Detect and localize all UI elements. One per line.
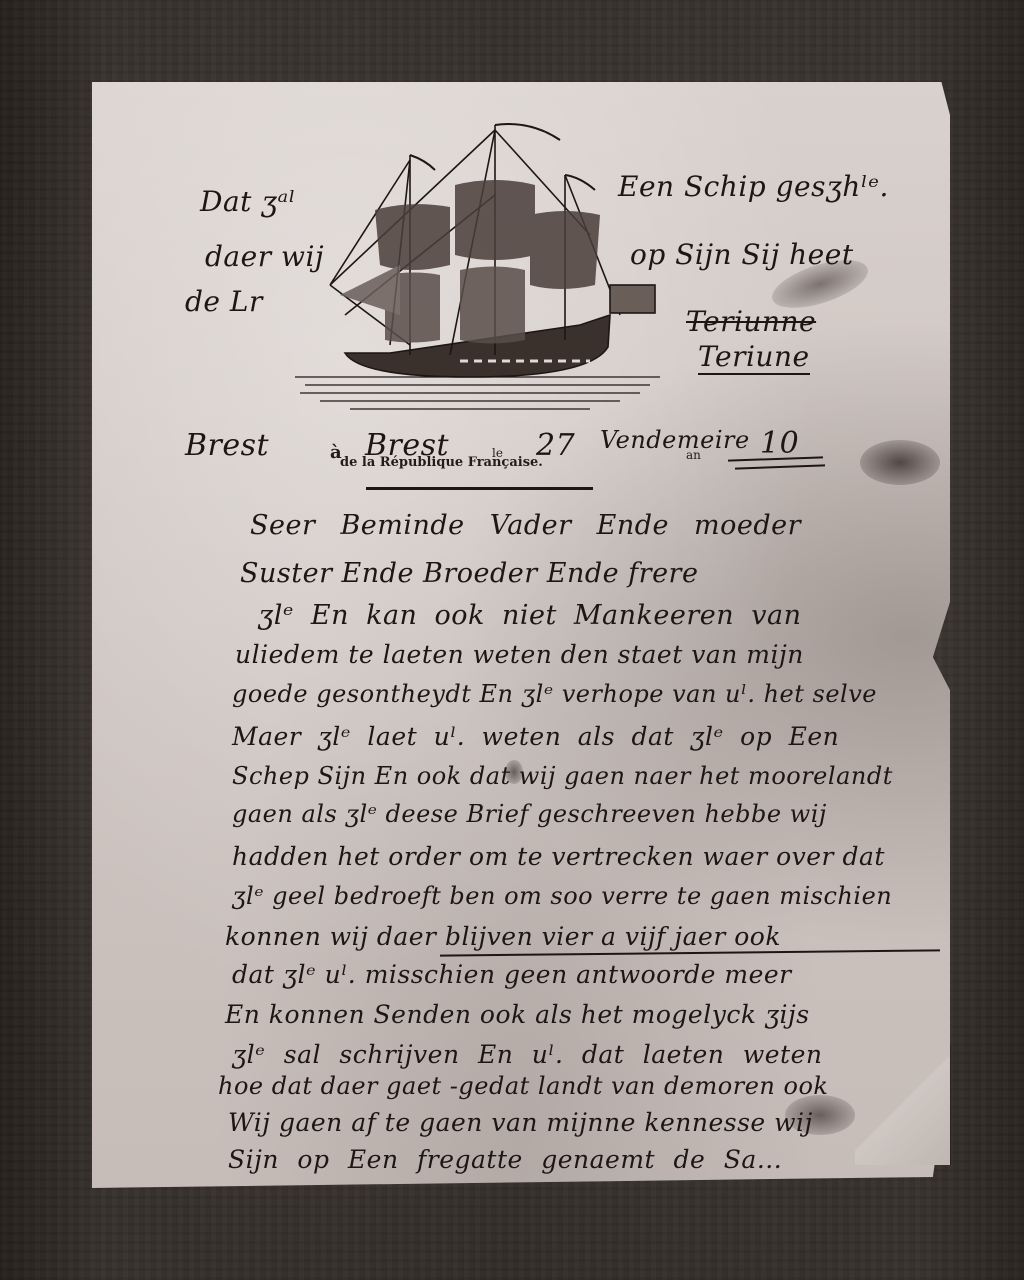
body-line-9: hadden het order om te vertrecken waer o… [232, 842, 885, 871]
body-line-8: gaen als ʒlᵉ deese Brief geschreeven heb… [232, 800, 827, 828]
margin-note-left-2: daer wij [205, 240, 324, 273]
body-line-2: Suster Ende Broeder Ende frere [240, 558, 698, 589]
margin-note-left-3: de Lr [185, 285, 263, 318]
body-line-11: konnen wij daer blijven vier a vijf jaer… [225, 922, 781, 951]
ink-stain-right-edge [860, 440, 940, 485]
body-line-3: ʒlᵉ En kan ook niet Mankeeren van [258, 600, 801, 631]
body-line-5: goede gesontheydt En ʒlᵉ verhope van uˡ.… [232, 680, 877, 708]
margin-note-left-1: Dat ʒᵃˡ [200, 185, 296, 218]
body-line-16: Wij gaen af te gaen van mijnne kennesse … [228, 1108, 813, 1137]
margin-note-right-2: op Sijn Sij heet [630, 238, 854, 271]
body-line-7: Schep Sijn En ook dat wij gaen naer het … [232, 762, 893, 790]
date-year: 10 [760, 426, 799, 461]
printed-republic: de la République Française. [340, 455, 543, 470]
body-line-17: Sijn op Een fregatte genaemt de Sa... [228, 1145, 782, 1174]
place-handwritten: Brest [185, 428, 269, 463]
body-line-12: dat ʒlᵉ uˡ. misschien geen antwoorde mee… [232, 960, 792, 989]
ship-engraving-icon [290, 115, 670, 415]
printed-an: an [686, 448, 701, 462]
body-line-14: ʒlᵉ sal schrijven En uˡ. dat laeten wete… [232, 1040, 823, 1069]
body-line-6: Maer ʒlᵉ laet uˡ. weten als dat ʒlᵉ op E… [232, 722, 839, 751]
body-line-4: uliedem te laeten weten den staet van mi… [235, 640, 804, 669]
letterhead-rule [366, 487, 593, 490]
folded-corner [855, 1045, 951, 1165]
body-line-1: Seer Beminde Vader Ende moeder [250, 510, 801, 541]
margin-note-right-1: Een Schip gesʒhˡᵉ. [618, 170, 889, 203]
margin-note-right-3: Teriunne [686, 305, 816, 338]
body-line-10: ʒlᵉ geel bedroeft ben om soo verre te ga… [232, 882, 892, 910]
body-line-13: En konnen Senden ook als het mogelyck ʒi… [225, 1000, 810, 1029]
date-month: Vendemeire [600, 426, 750, 454]
body-line-15: hoe dat daer gaet -gedat landt van demor… [218, 1072, 828, 1100]
margin-note-right-4: Teriune [698, 340, 810, 375]
